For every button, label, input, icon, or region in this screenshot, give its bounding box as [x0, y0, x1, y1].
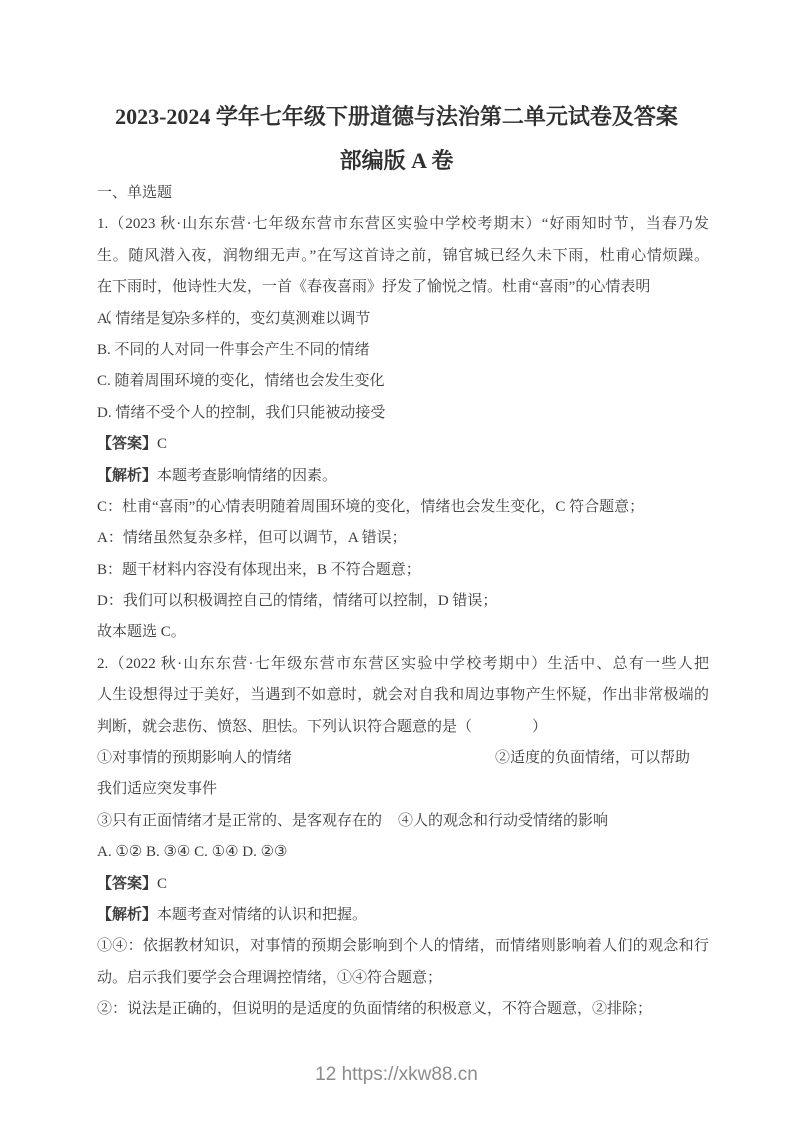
question-2-choices: A. ①② B. ③④ C. ①④ D. ②③: [97, 837, 709, 868]
question-1-analysis-line-c: C：杜甫“喜雨”的心情表明随着周围环境的变化，情绪也会发生变化，C 符合题意；: [97, 492, 709, 523]
line-label: 【解析】: [97, 468, 157, 484]
question-1-answer: 【答案】C: [97, 429, 709, 460]
document-title: 2023-2024 学年七年级下册道德与法治第二单元试卷及答案: [0, 95, 793, 139]
line-label: 【答案】: [97, 436, 157, 452]
right-item: ②适度的负面情绪，可以帮助: [495, 743, 690, 774]
question-1-stem-line-1: 1.（2023 秋·山东东营·七年级东营市东营区实验中学校考期末）“好雨知时节，…: [97, 209, 709, 240]
question-1-analysis-line-d: D：我们可以积极调控自己的情绪，情绪可以控制，D 错误；: [97, 586, 709, 617]
question-1-conclusion: 故本题选 C。: [97, 617, 709, 648]
document-body: 一、单选题1.（2023 秋·山东东营·七年级东营市东营区实验中学校考期末）“好…: [97, 178, 709, 1026]
question-2-stem-line-1: 2.（2022 秋·山东东营·七年级东营市东营区实验中学校考期中）生活中、总有一…: [97, 649, 709, 680]
document-subtitle: 部编版 A 卷: [0, 139, 793, 183]
question-1-stem-line-3: 在下雨时，他诗性大发，一首《春夜喜雨》抒发了愉悦之情。杜甫“喜雨”的心情表明（ …: [97, 272, 709, 303]
page-footer: 12 https://xkw88.cn: [0, 1061, 793, 1088]
question-2-answer: 【答案】C: [97, 869, 709, 900]
question-1-option-c: C. 随着周围环境的变化，情绪也会发生变化: [97, 366, 709, 397]
question-2-items-line-1: ①对事情的预期影响人的情绪②适度的负面情绪，可以帮助: [97, 743, 709, 774]
page-number-and-url: 12 https://xkw88.cn: [315, 1064, 478, 1085]
document-title-block: 2023-2024 学年七年级下册道德与法治第二单元试卷及答案 部编版 A 卷: [0, 95, 793, 183]
question-2-stem-line-2: 人生设想得过于美好，当遇到不如意时，就会对自我和周边事物产生怀疑，作出非常极端的: [97, 680, 709, 711]
question-1-option-a: A. 情绪是复杂多样的，变幻莫测难以调节: [97, 304, 709, 335]
question-2-analysis-line-1: ①④：依据教材知识，对事情的预期会影响到个人的情绪，而情绪则影响着人们的观念和行: [97, 931, 709, 962]
question-1-option-d: D. 情绪不受个人的控制，我们只能被动接受: [97, 398, 709, 429]
question-1-analysis-line-b: B：题干材料内容没有体现出来，B 不符合题意；: [97, 555, 709, 586]
right-item: ④人的观念和行动受情绪的影响: [398, 806, 608, 837]
document-page: 2023-2024 学年七年级下册道德与法治第二单元试卷及答案 部编版 A 卷 …: [0, 0, 793, 1122]
line-label: 【解析】: [97, 907, 157, 923]
question-2-analysis: 【解析】本题考查对情绪的认识和把握。: [97, 900, 709, 931]
question-1-option-b: B. 不同的人对同一件事会产生不同的情绪: [97, 335, 709, 366]
question-2-analysis-line-2: 动。启示我们要学会合理调控情绪，①④符合题意；: [97, 963, 709, 994]
question-2-items-line-3: ③只有正面情绪才是正常的、是客观存在的④人的观念和行动受情绪的影响: [97, 806, 709, 837]
question-2-stem-line-3: 判断，就会悲伤、愤怒、胆怯。下列认识符合题意的是（ ）: [97, 712, 709, 743]
left-item: ③只有正面情绪才是正常的、是客观存在的: [97, 813, 382, 829]
question-2-analysis-line-3: ②：说法是正确的，但说明的是适度的负面情绪的积极意义，不符合题意，②排除；: [97, 994, 709, 1025]
left-item: ①对事情的预期影响人的情绪: [97, 750, 292, 766]
question-1-analysis-line-a: A：情绪虽然复杂多样，但可以调节，A 错误；: [97, 523, 709, 554]
question-2-items-line-2: 我们适应突发事件: [97, 774, 709, 805]
section-heading: 一、单选题: [97, 178, 709, 209]
line-label: 【答案】: [97, 876, 157, 892]
question-1-stem-line-2: 生。随风潜入夜，润物细无声。”在写这首诗之前，锦官城已经久未下雨，杜甫心情烦躁。: [97, 241, 709, 272]
question-1-analysis: 【解析】本题考查影响情绪的因素。: [97, 461, 709, 492]
